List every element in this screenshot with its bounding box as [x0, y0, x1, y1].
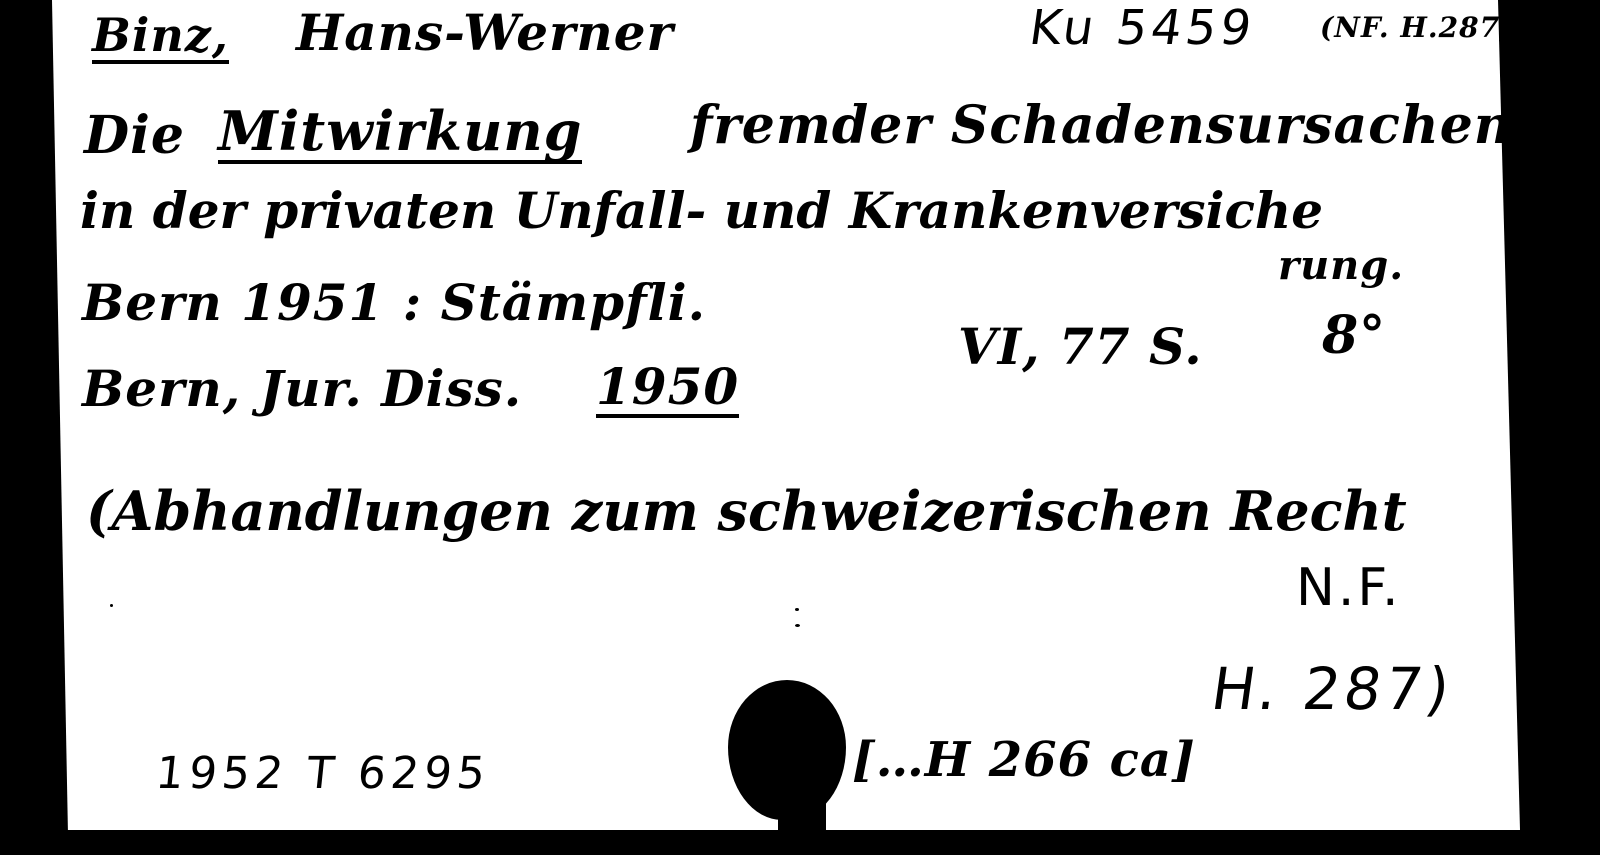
imprint-place-year-publisher: Bern 1951 : Stämpfli.: [82, 278, 706, 328]
title-line1-rest: fremder Schadensursachen: [690, 100, 1513, 152]
imprint-collation: VI, 77 S.: [958, 322, 1203, 372]
scan-bottom-border: [0, 830, 1600, 855]
title-line2-continuation: rung.: [1278, 246, 1404, 286]
title-line2: in der privaten Unfall- und Krankenversi…: [80, 186, 1323, 236]
title-keyword: Mitwirkung: [218, 104, 582, 164]
accession-number: 1952 T 6295: [154, 752, 492, 796]
series-line2: N.F.: [1296, 562, 1402, 614]
bracket-note: […H 266 ca]: [852, 736, 1196, 784]
scan-speck: [110, 604, 113, 607]
title-lead-word: Die: [84, 110, 185, 162]
author-given-name: Hans-Werner: [296, 8, 674, 58]
thesis-note: Bern, Jur. Diss.: [82, 364, 522, 414]
punch-hole-icon: [728, 680, 846, 820]
scan-speck: [795, 624, 800, 627]
author-surname: Binz,: [92, 12, 229, 64]
shelfmark: Ku 5459: [1027, 4, 1259, 52]
scan-speck: [795, 608, 799, 611]
shelfmark-note: (NF. H.287): [1320, 14, 1514, 42]
thesis-year: 1950: [596, 362, 739, 418]
imprint-format: 8°: [1322, 310, 1386, 362]
series-line3: H. 287): [1208, 660, 1457, 718]
series-line1: (Abhandlungen zum schweizerischen Recht: [86, 484, 1407, 538]
